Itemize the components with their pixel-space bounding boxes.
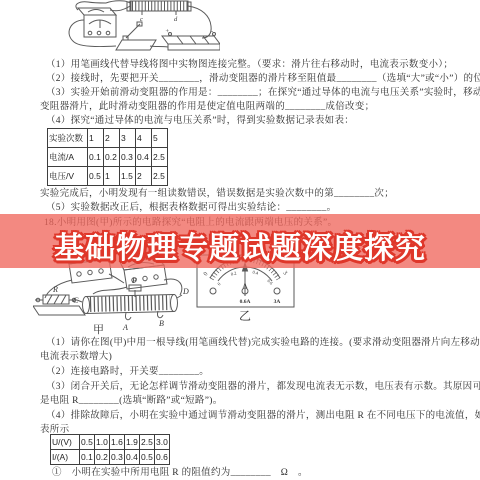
dial-unit-label: A: [242, 282, 247, 290]
figure-caption-jia: 甲: [93, 323, 104, 336]
question-line: （1）用笔画线代替导线将图中实物图连接完整。（要求：滑片往右移动时，电流表示数变…: [46, 60, 453, 71]
question-line: 电流表示数增大): [40, 352, 112, 363]
table-cell: 1: [88, 129, 104, 148]
u-i-data-table: U/(V)0.51.01.61.92.53.0I/(A)0.10.20.30.4…: [50, 434, 170, 465]
question-line: （2）接线时，先要把开关________，滑动变阻器的滑片移至阻值最______…: [46, 74, 480, 85]
question-line: 实验完成后，小明发现有一组读数错误，错误数据是实验次数中的第________次；: [40, 189, 394, 200]
question-line: （3）闭合开关后，无论怎样调节滑动变阻器的滑片，都发现电流表无示数，电压表有示数…: [46, 382, 480, 393]
table-cell: 1.0: [95, 435, 110, 450]
question-line: （3）实验开始前滑动变阻器的作用是：________；在探究“通过导体的电流与电…: [46, 88, 480, 99]
table-cell: 0.3: [110, 450, 125, 465]
battery-sketch: [162, 33, 220, 51]
table-row: U/(V)0.51.01.61.92.53.0: [51, 435, 170, 450]
dial-scale-number: 0.4: [252, 269, 259, 275]
table-cell: 0.6: [155, 450, 170, 465]
table-cell: 1.6: [110, 435, 125, 450]
exam-page: c d + - （1）用笔画线代替导线将图中实物图连接完整。（要求：滑片往右移动…: [0, 0, 480, 480]
table-cell: 1: [104, 167, 120, 186]
table-row: 电压/V0.511.522.5: [48, 167, 168, 186]
question-line: （1）请你在图(甲)中用一根导线(用笔画线代替)完成实验电路的连接。(要求滑动变…: [46, 338, 480, 349]
watermark-title: 基础物理专题试题深度探究: [0, 223, 480, 267]
question-line: （5）实验数据改正后，根据表格数据可得出实验结论：________。: [46, 203, 336, 214]
question-line: 是电阻 R________(选填“断路”或“短路”)。: [40, 396, 223, 407]
rheostat-terminal-d: D: [182, 287, 189, 296]
resistor-label: R: [52, 285, 58, 294]
rheostat-slider-p: P: [131, 276, 137, 285]
table-cell: 0.4: [136, 148, 152, 167]
table-cell: 0.1: [88, 148, 104, 167]
table-cell: 2.5: [140, 435, 155, 450]
dial-scale-number: 0: [203, 271, 210, 277]
rheostat-terminal-c: C: [73, 296, 79, 305]
table-cell: 2: [136, 167, 152, 186]
table-row: 电流/A0.10.20.30.42.5: [48, 148, 168, 167]
question-line: 变阻器滑片，此时滑动变阻器的作用是使定值电阻两端的________成倍改变；: [40, 102, 374, 113]
terminal-label-06a: 0.6A: [240, 299, 251, 305]
table-cell: 0.4: [125, 450, 140, 465]
table-cell: 0.5: [80, 435, 95, 450]
question-line: （4）探究“通过导体的电流与电压关系”时，得到实验数据记录表如表：: [46, 116, 354, 127]
terminal-label-3a: 3A: [274, 299, 281, 305]
terminal-label-d: d: [174, 16, 178, 23]
table-cell: 2.5: [152, 148, 168, 167]
dial-scale-number: 0.6: [266, 278, 274, 286]
table-cell: 4: [136, 129, 152, 148]
table-cell: 1.5: [120, 167, 136, 186]
rheostat-terminal-a: A: [122, 323, 128, 332]
battery-minus-label: -: [211, 28, 213, 35]
table-cell: 1.9: [125, 435, 140, 450]
table-cell: 3: [120, 129, 136, 148]
rheostat-terminal-b: B: [159, 319, 164, 328]
table-row: 实验次数12345: [48, 129, 168, 148]
switch-sketch: [116, 22, 156, 50]
ammeter-sketch: [78, 8, 116, 37]
table-cell: 电压/V: [48, 167, 88, 186]
table-cell: 0.5: [88, 167, 104, 186]
table-cell: 0.3: [120, 148, 136, 167]
table-cell: 3.0: [155, 435, 170, 450]
dial-scale-number: 0: [216, 281, 222, 287]
rheostat-sketch: [127, 1, 191, 15]
table-cell: 2.5: [152, 167, 168, 186]
table-cell: 0.2: [95, 450, 110, 465]
question-line: （4）排除故障后，小明在实验中通过调节滑动变阻器的滑片，测出电阻 R 在不同电压…: [46, 411, 480, 422]
figure-caption-yi: 乙: [239, 309, 251, 322]
table-cell: 电流/A: [48, 148, 88, 167]
table-cell: 5: [152, 129, 168, 148]
terminal-label-c: c: [140, 16, 143, 23]
table-cell: 0.2: [104, 148, 120, 167]
current-voltage-table: 实验次数12345电流/A0.10.20.30.42.5电压/V0.511.52…: [47, 128, 168, 186]
question-line: ① 小明在实验中所用电阻 R 的阻值约为________ Ω 。: [52, 468, 308, 479]
table-cell: 2: [104, 129, 120, 148]
table-row: I/(A)0.10.20.30.40.50.6: [51, 450, 170, 465]
rheostat-sketch: [77, 285, 182, 320]
circuit-photo-figure: c d + -: [30, 0, 220, 57]
dial-scale-number: 0.2: [230, 270, 237, 276]
question-line: （2）连接电路时，开关要________。: [46, 367, 209, 378]
battery-plus-label: +: [165, 28, 169, 35]
table-cell: U/(V): [51, 435, 80, 450]
table-cell: 实验次数: [48, 129, 88, 148]
dial-scale-number: 3: [282, 270, 289, 276]
table-cell: 0.1: [80, 450, 95, 465]
table-cell: 0.5: [140, 450, 155, 465]
watermark-banner: 基础物理专题试题深度探究: [0, 214, 480, 268]
table-cell: I/(A): [51, 450, 80, 465]
